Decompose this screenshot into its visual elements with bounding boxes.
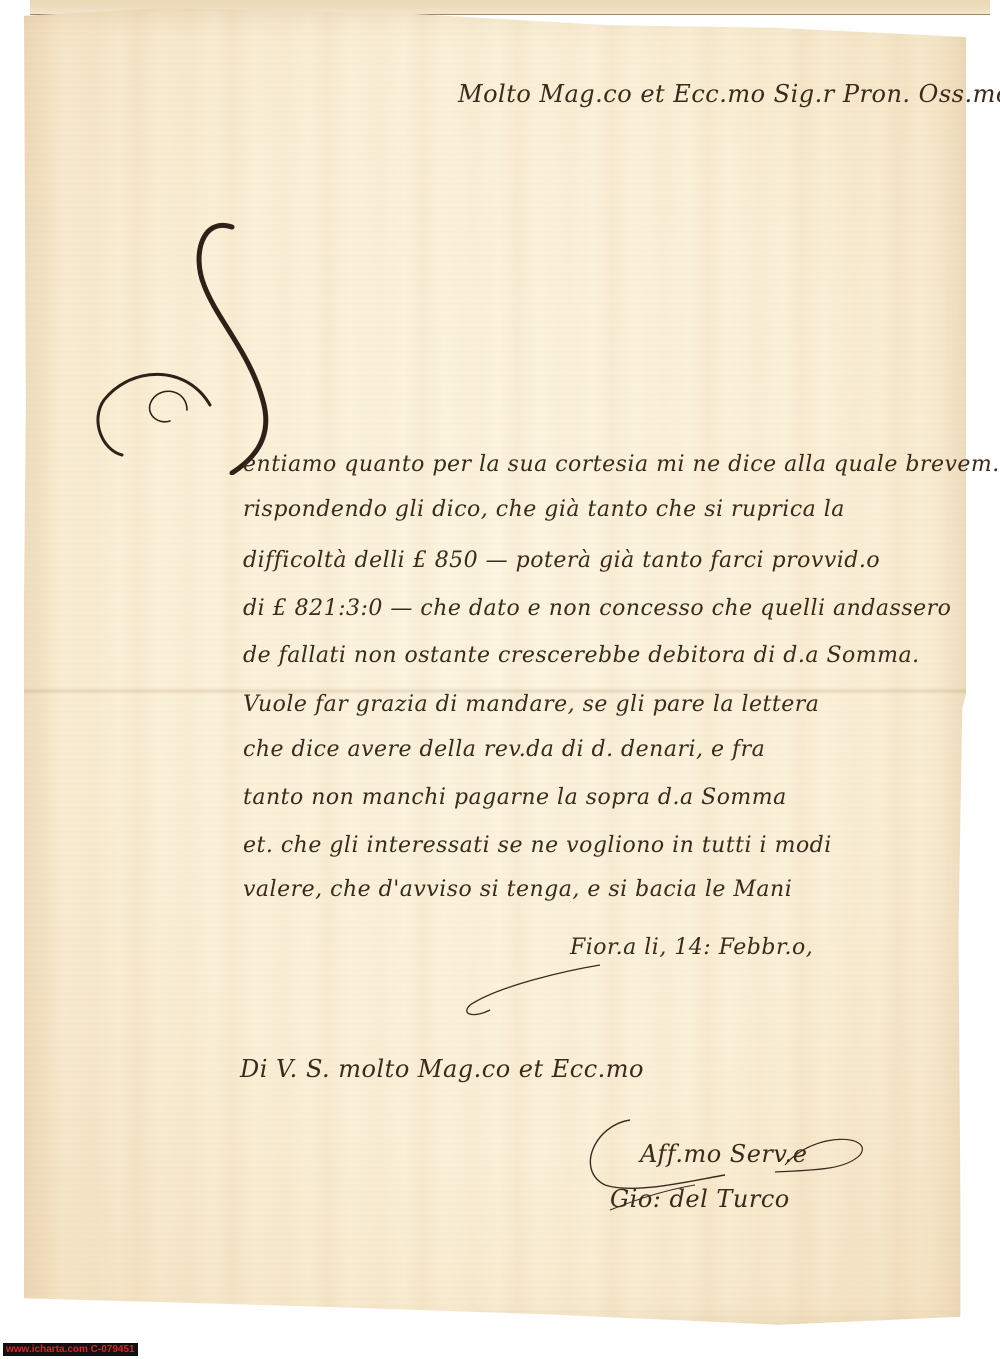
salutation: Molto Mag.co et Ecc.mo Sig.r Pron. Oss.m…	[458, 80, 1000, 108]
body-line-4: di £ 821:3:0 — che dato e non concesso c…	[243, 596, 951, 621]
body-line-3: difficoltà delli £ 850 — poterà già tant…	[243, 548, 880, 573]
body-line-5: de fallati non ostante crescerebbe debit…	[243, 643, 920, 668]
body-line-1: entiamo quanto per la sua cortesia mi ne…	[243, 452, 1000, 477]
paper-sheet	[24, 8, 966, 1330]
body-line-9: et. che gli interessati se ne vogliono i…	[243, 833, 832, 858]
date-line: Fior.a li, 14: Febbr.o,	[570, 935, 813, 960]
body-line-10: valere, che d'avviso si tenga, e si baci…	[243, 877, 792, 902]
body-line-8: tanto non manchi pagarne la sopra d.a So…	[243, 785, 787, 810]
watermark-label: www.icharta.com C-079451	[3, 1343, 138, 1356]
closing-formula: Di V. S. molto Mag.co et Ecc.mo	[240, 1055, 644, 1083]
scanned-page: Molto Mag.co et Ecc.mo Sig.r Pron. Oss.m…	[0, 0, 1000, 1359]
body-line-7: che dice avere della rev.da di d. denari…	[243, 737, 765, 762]
signature-line-1: Aff.mo Serv.e	[640, 1140, 807, 1168]
body-line-2: rispondendo gli dico, che già tanto che …	[243, 497, 845, 522]
body-line-6: Vuole far grazia di mandare, se gli pare…	[243, 692, 819, 717]
signature-name: Gio: del Turco	[610, 1185, 790, 1213]
decorative-initial-s-icon	[92, 215, 292, 475]
